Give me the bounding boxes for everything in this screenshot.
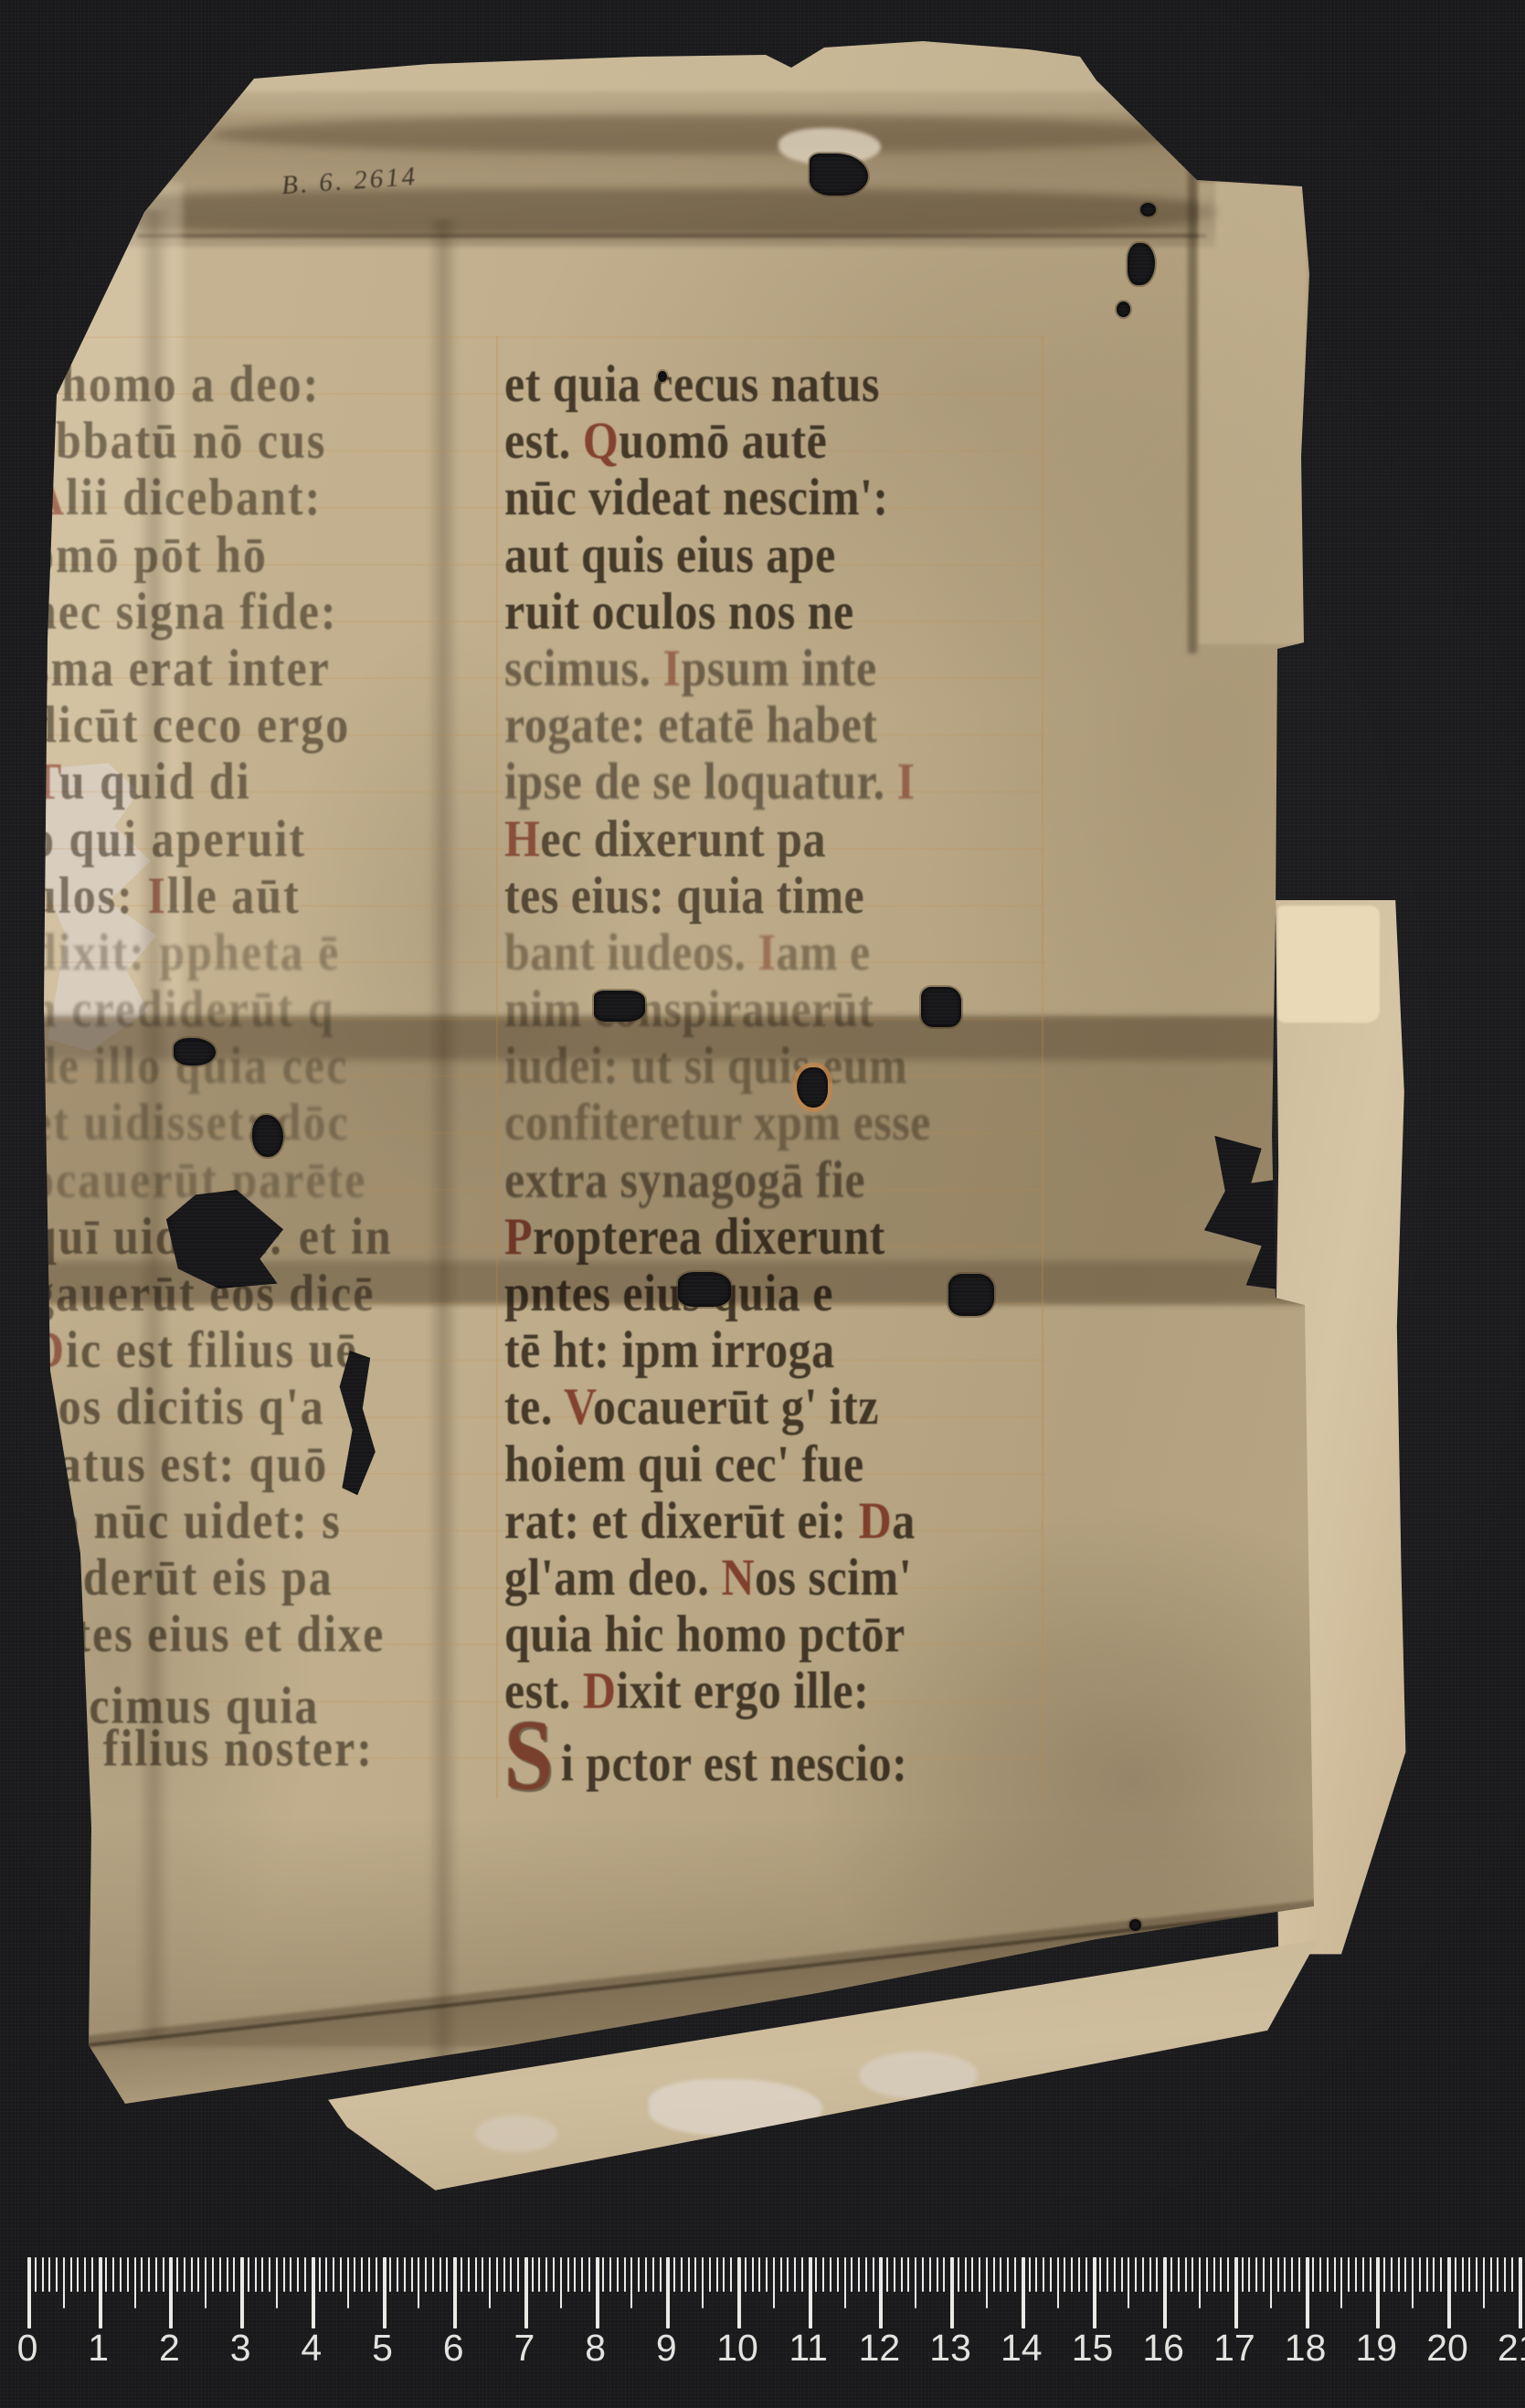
ruler-tick-cm — [1376, 2257, 1380, 2328]
ruler-tick-mm — [510, 2257, 512, 2292]
text-line: tes eius: quia time — [504, 863, 1062, 928]
ruler-tick-mm — [1462, 2257, 1464, 2292]
right-text-column: et quia cecus natusest. Quomō autēnūc vi… — [504, 351, 1062, 1772]
text-line: rētes eius et dixe — [38, 1601, 431, 1667]
parchment-cream-patch — [1277, 906, 1380, 1023]
text-line: uos dicitis q'a — [38, 1374, 431, 1439]
hole — [948, 1274, 994, 1316]
ruler-tick-mm — [766, 2257, 768, 2292]
ruler-tick-cm — [27, 2257, 31, 2328]
text-line: tē ht: ipm irroga — [504, 1317, 1062, 1383]
ruler-tick-mm — [858, 2257, 860, 2292]
ruler-tick-cm — [1234, 2257, 1238, 2328]
gutter-crease — [428, 219, 459, 2084]
ruler-tick-cm — [524, 2257, 528, 2328]
ruler-tick-mm — [283, 2257, 285, 2292]
residue-patch — [475, 2116, 557, 2152]
text-line: confiteretur xpm esse — [504, 1089, 1062, 1155]
rubricated-letter: D — [38, 1321, 66, 1379]
text-line: ulos: Ille aūt — [38, 863, 431, 928]
ruler-tick-mm — [1455, 2257, 1456, 2292]
ruler-label: 1 — [69, 2327, 128, 2370]
ruler-tick-mm — [56, 2257, 58, 2292]
ruler-label: 14 — [992, 2327, 1051, 2370]
rubricated-letter: I — [662, 638, 681, 696]
text-line: Dic est filius uē — [38, 1317, 431, 1383]
ruler-label: 19 — [1347, 2327, 1405, 2370]
ruler-tick-mm — [652, 2257, 654, 2292]
ruler-tick-mm — [70, 2257, 72, 2292]
ruler-tick-mm — [446, 2257, 448, 2292]
text-line: ruit oculos nos ne — [504, 578, 1062, 644]
ruler-tick-mm — [1511, 2257, 1513, 2292]
ruler-tick-cm — [809, 2257, 812, 2328]
ruler-tick-half-cm — [1057, 2257, 1059, 2308]
text-line: n crediderūt q — [38, 976, 431, 1042]
ruler-tick-mm — [1185, 2257, 1187, 2292]
hole — [252, 1115, 283, 1157]
ruler-tick-mm — [1191, 2257, 1193, 2292]
ruler-tick-mm — [1149, 2257, 1151, 2292]
ruler-tick-mm — [1497, 2257, 1499, 2292]
ruler-tick-mm — [801, 2257, 803, 2292]
ruler-tick-mm — [1319, 2257, 1321, 2292]
ruler-tick-half-cm — [276, 2257, 278, 2308]
ruler-tick-mm — [1099, 2257, 1101, 2292]
text-line: nim conspirauerūt — [504, 976, 1062, 1042]
ruler-tick-mm — [1370, 2257, 1371, 2292]
rubricated-letter: A — [38, 468, 66, 526]
ruler-tick-mm — [304, 2257, 306, 2292]
ruler-tick-mm — [723, 2257, 725, 2292]
ruler-tick-mm — [91, 2257, 93, 2292]
text-line: t homo a deo: — [38, 351, 431, 417]
ruler-tick-mm — [503, 2257, 505, 2292]
ruler-tick-mm — [1468, 2257, 1470, 2292]
ruler-label: 18 — [1276, 2327, 1335, 2370]
ruler-tick-mm — [1327, 2257, 1329, 2292]
ruler-tick-mm — [553, 2257, 555, 2292]
ruler-tick-mm — [475, 2257, 477, 2292]
ruler-tick-mm — [1426, 2257, 1428, 2292]
ruler-tick-mm — [1398, 2257, 1400, 2292]
text-line: o qui aperuit — [38, 806, 431, 872]
ruler-label: 16 — [1134, 2327, 1192, 2370]
ruler-tick-cm — [1519, 2257, 1522, 2328]
ruler-tick-cm — [596, 2257, 599, 2328]
ruler-tick-mm — [482, 2257, 483, 2292]
ruler-tick-half-cm — [205, 2257, 207, 2308]
stain-streak — [210, 115, 1206, 154]
hole — [658, 371, 667, 382]
ruler-tick-mm — [389, 2257, 391, 2292]
ruler-tick-mm — [42, 2257, 44, 2292]
hole — [921, 987, 961, 1027]
rubricated-letter: N — [721, 1547, 755, 1606]
rubricated-letter: V — [564, 1377, 593, 1436]
text-line: Tu quid di — [38, 748, 431, 814]
ruler-tick-mm — [979, 2257, 980, 2292]
ruler-label: 4 — [282, 2327, 341, 2370]
ruler-tick-half-cm — [915, 2257, 916, 2308]
ruler-tick-mm — [468, 2257, 470, 2292]
ruler-tick-mm — [1071, 2257, 1073, 2292]
decorated-initial: S — [504, 1724, 554, 1787]
ruler-label: 17 — [1205, 2327, 1264, 2370]
ruler-tick-mm — [1504, 2257, 1506, 2292]
ruler-tick-mm — [815, 2257, 817, 2292]
rubricated-letter: D — [859, 1490, 893, 1549]
ruler-tick-mm — [233, 2257, 235, 2292]
text-line: et quia cecus natus — [504, 351, 1062, 417]
ruler-tick-half-cm — [702, 2257, 704, 2308]
ruler-tick-mm — [865, 2257, 867, 2292]
ruler-label: 15 — [1064, 2327, 1122, 2370]
text-line: dicūt ceco ergo — [38, 692, 431, 758]
ruler-tick-mm — [1263, 2257, 1265, 2292]
ruler-tick-mm — [1078, 2257, 1080, 2292]
text-line: est filius noster: — [38, 1715, 431, 1772]
ruler-tick-mm — [780, 2257, 782, 2292]
text-line: gl'am deo. Nos scim' — [504, 1544, 1062, 1610]
ruler-tick-mm — [496, 2257, 498, 2292]
ruler-tick-cm — [666, 2257, 670, 2328]
residue-patch — [859, 2052, 978, 2099]
ruler-tick-mm — [269, 2257, 270, 2292]
ruler-tick-mm — [830, 2257, 831, 2292]
ruler-tick-mm — [894, 2257, 895, 2292]
right-fold-crease — [1188, 87, 1197, 653]
ruler-tick-mm — [248, 2257, 249, 2292]
horizontal-crease — [137, 234, 1206, 238]
text-line: hoiem qui cec' fue — [504, 1431, 1062, 1497]
ruler-tick-mm — [730, 2257, 732, 2292]
text-line: dixit: ppheta ē — [38, 919, 431, 985]
ruler-tick-mm — [1433, 2257, 1435, 2292]
ruler-tick-mm — [333, 2257, 334, 2292]
ruler-label: 2 — [140, 2327, 198, 2370]
text-line: Si pctor est nescio: — [504, 1715, 1062, 1781]
ruler-tick-cm — [99, 2257, 102, 2328]
ruler-tick-mm — [1348, 2257, 1350, 2292]
ruler-tick-mm — [1298, 2257, 1300, 2292]
ruler-tick-mm — [1291, 2257, 1293, 2292]
ruler-tick-mm — [35, 2257, 37, 2292]
ruler-tick-mm — [77, 2257, 79, 2292]
ruler-tick-half-cm — [134, 2257, 136, 2308]
ruler-tick-half-cm — [347, 2257, 349, 2308]
ruler-label: 8 — [567, 2327, 625, 2370]
ruler-tick-mm — [361, 2257, 363, 2292]
ruler-tick-mm — [1490, 2257, 1492, 2292]
ruler-tick-mm — [219, 2257, 221, 2292]
text-line: Hec dixerunt pa — [504, 806, 1062, 872]
text-line: abbatū nō cus — [38, 408, 431, 473]
ruler-tick-mm — [1476, 2257, 1477, 2292]
text-line: Alii dicebant: — [38, 464, 431, 530]
ruler-tick-half-cm — [844, 2257, 846, 2308]
ruler-tick-mm — [397, 2257, 398, 2292]
ruler-tick-mm — [1284, 2257, 1286, 2292]
ruler-tick-half-cm — [1412, 2257, 1414, 2308]
text-line: et uidisset: dōc — [38, 1089, 431, 1155]
ruler-tick-mm — [354, 2257, 355, 2292]
ruler-tick-mm — [255, 2257, 257, 2292]
ruler-tick-mm — [1156, 2257, 1158, 2292]
ruler-tick-mm — [1107, 2257, 1108, 2292]
ruler-tick-mm — [937, 2257, 938, 2292]
ruler-label: 3 — [211, 2327, 270, 2370]
ruler-tick-half-cm — [1199, 2257, 1201, 2308]
shelfmark-inscription: B. 6. 2614 — [281, 162, 418, 201]
ruler-tick-mm — [1334, 2257, 1336, 2292]
rubricated-letter: T — [38, 752, 59, 811]
ruler-tick-cm — [1447, 2257, 1451, 2328]
hole — [678, 1272, 731, 1307]
ruler-tick-mm — [822, 2257, 824, 2292]
ruler-tick-cm — [950, 2257, 954, 2328]
ruler-tick-mm — [112, 2257, 114, 2292]
top-fold-highlight — [128, 41, 1215, 114]
text-line: go nūc uidet: s — [38, 1488, 431, 1554]
text-line: nūc videat nescim': — [504, 464, 1062, 530]
rubricated-letter: I — [757, 922, 776, 981]
rubricated-letter: Q — [583, 411, 619, 470]
ruler-tick-mm — [673, 2257, 675, 2292]
ruler-label: 6 — [424, 2327, 482, 2370]
ruler-tick-half-cm — [1270, 2257, 1272, 2308]
rubricated-letter: I — [897, 752, 916, 811]
ruler-tick-mm — [1206, 2257, 1208, 2292]
hole — [1117, 302, 1130, 317]
ruler-tick-mm — [425, 2257, 427, 2292]
text-line: rat: et dixerūt ei: Da — [504, 1488, 1062, 1554]
ruler-tick-mm — [191, 2257, 193, 2292]
ruler-tick-mm — [1135, 2257, 1137, 2292]
text-line: omō pōt hō — [38, 522, 431, 588]
ruler-tick-mm — [538, 2257, 540, 2292]
ruler-tick-mm — [319, 2257, 321, 2292]
ruler-tick-mm — [1050, 2257, 1052, 2292]
rubricated-letter: P — [504, 1206, 533, 1265]
ruler-tick-mm — [176, 2257, 178, 2292]
ruler-label: 13 — [921, 2327, 980, 2370]
ruler-tick-mm — [922, 2257, 924, 2292]
ruler-tick-mm — [787, 2257, 789, 2292]
ruler-label: 11 — [779, 2327, 838, 2370]
ruler-tick-cm — [169, 2257, 173, 2328]
ruler-tick-mm — [929, 2257, 931, 2292]
text-line: scimus. Ipsum inte — [504, 635, 1062, 701]
ruler-tick-mm — [971, 2257, 973, 2292]
ruler-tick-mm — [873, 2257, 874, 2292]
ruler-tick-mm — [1440, 2257, 1442, 2292]
ruler-tick-mm — [1404, 2257, 1406, 2292]
text-line: rogate: etatē habet — [504, 692, 1062, 758]
text-line: aut quis eius ape — [504, 522, 1062, 588]
text-line: te. Vocauerūt g' itz — [504, 1374, 1062, 1439]
ruler-tick-cm — [240, 2257, 244, 2328]
ruler-tick-mm — [901, 2257, 903, 2292]
text-line: Propterea dixerunt — [504, 1204, 1062, 1269]
hole — [594, 991, 645, 1022]
right-turnin-strip — [1199, 183, 1307, 644]
decorated-initial: S — [38, 1667, 81, 1730]
ruler-tick-half-cm — [630, 2257, 632, 2308]
ruler-tick-mm — [602, 2257, 604, 2292]
ruler-tick-mm — [1255, 2257, 1257, 2292]
ruler-tick-mm — [227, 2257, 228, 2292]
manuscript-photograph: t homo a deo:abbatū nō cusAlii dicebant:… — [0, 0, 1525, 2408]
ruler-tick-mm — [1391, 2257, 1393, 2292]
ruler-tick-mm — [1043, 2257, 1044, 2292]
ruler-tick-mm — [965, 2257, 967, 2292]
ruler-tick-mm — [376, 2257, 377, 2292]
ruler-tick-mm — [1213, 2257, 1215, 2292]
ruler-tick-mm — [155, 2257, 157, 2292]
ruler-tick-mm — [290, 2257, 291, 2292]
ruler-tick-mm — [1035, 2257, 1037, 2292]
rubricated-letter: D — [583, 1661, 617, 1720]
ruler-tick-mm — [1355, 2257, 1357, 2292]
ruler-tick-mm — [545, 2257, 547, 2292]
ruler-tick-mm — [84, 2257, 86, 2292]
text-line: Scimus quia — [38, 1658, 431, 1724]
ruler-tick-mm — [411, 2257, 413, 2292]
ruler-tick-mm — [1277, 2257, 1279, 2292]
hole — [810, 154, 868, 196]
hole — [1128, 243, 1155, 285]
ruler-tick-mm — [120, 2257, 122, 2292]
ruler-tick-mm — [404, 2257, 406, 2292]
ruler-tick-half-cm — [1128, 2257, 1129, 2308]
ruler-tick-mm — [1086, 2257, 1087, 2292]
ruler-tick-half-cm — [489, 2257, 491, 2308]
rubricated-letter: H — [504, 809, 540, 867]
ruler-tick-mm — [1007, 2257, 1009, 2292]
ruler-label: 0 — [0, 2327, 57, 2370]
ruler-tick-mm — [574, 2257, 576, 2292]
ruler-tick-mm — [1142, 2257, 1144, 2292]
text-line: natus est: quō — [38, 1431, 431, 1497]
ruler-tick-half-cm — [773, 2257, 775, 2308]
ruler-tick-half-cm — [1340, 2257, 1342, 2308]
ruler-tick-mm — [461, 2257, 462, 2292]
column-ruling-line — [496, 336, 498, 1798]
ruler-tick-half-cm — [418, 2257, 419, 2308]
hole — [1129, 1919, 1141, 1931]
ruler-tick-mm — [709, 2257, 711, 2292]
ruler-tick-mm — [1362, 2257, 1364, 2292]
ruler-tick-cm — [312, 2257, 315, 2328]
ruler-tick-mm — [617, 2257, 619, 2292]
ruler-tick-mm — [439, 2257, 441, 2292]
ruler-tick-cm — [1022, 2257, 1025, 2328]
hole — [1140, 203, 1156, 217]
ruler-tick-cm — [879, 2257, 883, 2328]
ruler-label: 9 — [637, 2327, 695, 2370]
ruler-tick-mm — [993, 2257, 995, 2292]
ruler-tick-mm — [1312, 2257, 1314, 2292]
ruler-label: 10 — [708, 2327, 767, 2370]
ruler-tick-mm — [752, 2257, 754, 2292]
ruler-tick-mm — [1242, 2257, 1244, 2292]
ruler-tick-mm — [716, 2257, 718, 2292]
ruler-tick-cm — [383, 2257, 387, 2328]
ruler-tick-mm — [1248, 2257, 1250, 2292]
ruler-label: 20 — [1418, 2327, 1477, 2370]
text-line: sma erat inter — [38, 635, 431, 701]
ruler-tick-mm — [609, 2257, 611, 2292]
ruler-tick-mm — [624, 2257, 626, 2292]
ruler-tick-mm — [432, 2257, 434, 2292]
text-line: hec signa fide: — [38, 578, 431, 644]
ruler-tick-mm — [141, 2257, 143, 2292]
ruler-tick-mm — [851, 2257, 853, 2292]
ruler-tick-cm — [1093, 2257, 1096, 2328]
text-line: est. Dixit ergo ille: — [504, 1658, 1062, 1724]
ruler-tick-mm — [660, 2257, 662, 2292]
ruler-tick-cm — [1163, 2257, 1167, 2328]
ruler-tick-mm — [681, 2257, 683, 2292]
ruler-tick-cm — [1306, 2257, 1309, 2328]
text-line: bant iudeos. Iam e — [504, 919, 1062, 985]
ruler-tick-mm — [581, 2257, 583, 2292]
ruler-tick-mm — [1114, 2257, 1116, 2292]
ruler-tick-mm — [261, 2257, 263, 2292]
ruler-tick-mm — [794, 2257, 796, 2292]
ruler-tick-mm — [688, 2257, 690, 2292]
ruler-label: 7 — [495, 2327, 554, 2370]
ruler-tick-mm — [745, 2257, 747, 2292]
text-line: est. Quomō autē — [504, 408, 1062, 473]
ruler-tick-mm — [907, 2257, 909, 2292]
ruler-tick-mm — [837, 2257, 839, 2292]
ruler-tick-cm — [737, 2257, 741, 2328]
ruler-tick-mm — [340, 2257, 342, 2292]
residue-patch — [649, 2079, 822, 2136]
ruler-tick-mm — [1220, 2257, 1222, 2292]
ruler-tick-mm — [1178, 2257, 1180, 2292]
ruler-tick-mm — [958, 2257, 959, 2292]
ruler-tick-mm — [148, 2257, 150, 2292]
ruler-tick-mm — [105, 2257, 107, 2292]
ruler-tick-mm — [588, 2257, 590, 2292]
ruler-label: 12 — [850, 2327, 908, 2370]
ruler-tick-mm — [325, 2257, 327, 2292]
ruler-tick-mm — [1064, 2257, 1065, 2292]
text-line: ipse de se loquatur. I — [504, 748, 1062, 814]
ruler-tick-mm — [184, 2257, 185, 2292]
ruler-tick-half-cm — [986, 2257, 988, 2308]
ruler-tick-mm — [943, 2257, 945, 2292]
rubricated-letter: I — [147, 865, 166, 924]
ruler-tick-mm — [368, 2257, 370, 2292]
ruler-tick-mm — [758, 2257, 760, 2292]
left-text-column: t homo a deo:abbatū nō cusAlii dicebant:… — [38, 351, 431, 1772]
ruler-tick-half-cm — [1483, 2257, 1485, 2308]
ruler-tick-mm — [48, 2257, 50, 2292]
ruler-tick-mm — [1029, 2257, 1031, 2292]
ruler-tick-mm — [1121, 2257, 1123, 2292]
ruler-label: 21 — [1489, 2327, 1525, 2370]
ruler-tick-half-cm — [560, 2257, 562, 2308]
ruler-tick-mm — [1227, 2257, 1229, 2292]
measurement-ruler: 0123456789101112131415161718192021 — [0, 2230, 1525, 2408]
ruler-tick-mm — [1419, 2257, 1421, 2292]
ruler-tick-mm — [1383, 2257, 1385, 2292]
ruler-tick-cm — [453, 2257, 457, 2328]
